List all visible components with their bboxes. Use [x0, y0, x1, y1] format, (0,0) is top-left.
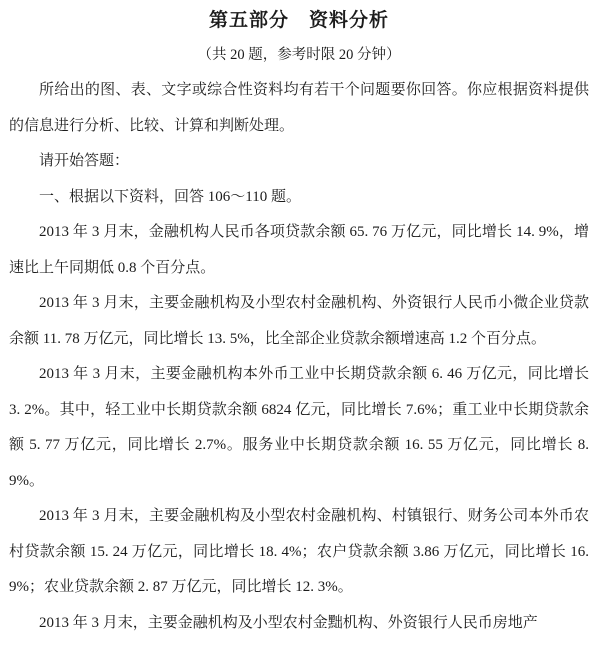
- paragraph: 2013 年 3 月末，主要金融机构及小型农村金融机构、外资银行人民币小微企业贷…: [9, 286, 589, 357]
- paragraph: 2013 年 3 月末，主要金融机构及小型农村金融机构、村镇银行、财务公司本外币…: [9, 499, 589, 606]
- document-body: 所给出的图、表、文字或综合性资料均有若干个问题要你回答。你应根据资料提供的信息进…: [9, 73, 589, 641]
- page-title: 第五部分 资料分析: [9, 8, 589, 34]
- start-prompt: 请开始答题：: [9, 144, 589, 180]
- intro-paragraph: 所给出的图、表、文字或综合性资料均有若干个问题要你回答。你应根据资料提供的信息进…: [9, 73, 589, 144]
- paragraph: 2013 年 3 月末，金融机构人民币各项贷款余额 65. 76 万亿元，同比增…: [9, 215, 589, 286]
- paragraph: 2013 年 3 月末，主要金融机构及小型农村金黜机构、外资银行人民币房地产: [9, 606, 589, 642]
- page-subtitle: （共 20 题，参考时限 20 分钟）: [9, 45, 589, 65]
- section-heading: 一、根据以下资料，回答 106～110 题。: [9, 180, 589, 216]
- paragraph: 2013 年 3 月末，主要金融机构本外币工业中长期贷款余额 6. 46 万亿元…: [9, 357, 589, 499]
- document-page: 第五部分 资料分析 （共 20 题，参考时限 20 分钟） 所给出的图、表、文字…: [0, 0, 598, 641]
